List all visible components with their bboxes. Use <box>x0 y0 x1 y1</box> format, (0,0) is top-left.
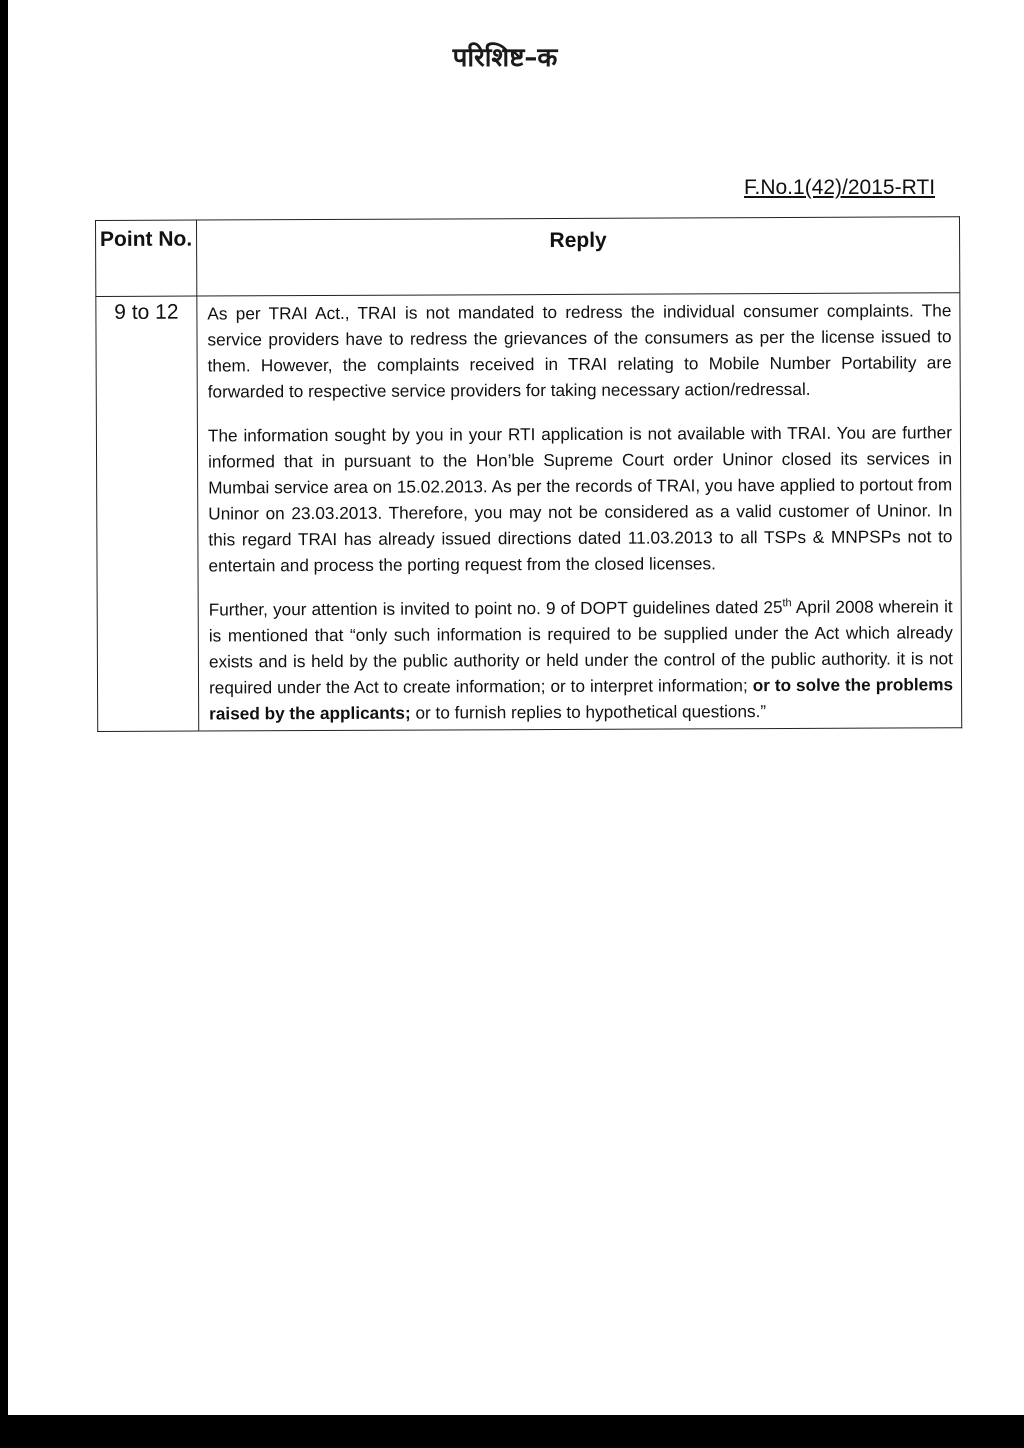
table-header-row: Point No. Reply <box>96 217 960 297</box>
file-number: F.No.1(42)/2015-RTI <box>744 176 935 200</box>
reply-table: Point No. Reply 9 to 12 As per TRAI Act.… <box>95 216 962 732</box>
ordinal-suffix: th <box>782 597 791 609</box>
reply-cell: As per TRAI Act., TRAI is not mandated t… <box>197 293 962 731</box>
point-number: 9 to 12 <box>96 296 199 731</box>
p3-text-1: Further, your attention is invited to po… <box>209 597 783 620</box>
scan-border-left <box>0 0 8 1448</box>
header-point-no: Point No. <box>96 220 197 296</box>
reply-paragraph-2: The information sought by you in your RT… <box>208 419 953 578</box>
reply-paragraph-1: As per TRAI Act., TRAI is not mandated t… <box>207 297 951 404</box>
reply-paragraph-3: Further, your attention is invited to po… <box>209 593 954 726</box>
scan-border-bottom <box>0 1415 1024 1448</box>
header-reply: Reply <box>197 217 960 296</box>
table-row: 9 to 12 As per TRAI Act., TRAI is not ma… <box>96 293 962 732</box>
p3-text-3: or to furnish replies to hypothetical qu… <box>411 701 766 723</box>
annex-title: परिशिष्ट–क <box>0 38 1010 74</box>
